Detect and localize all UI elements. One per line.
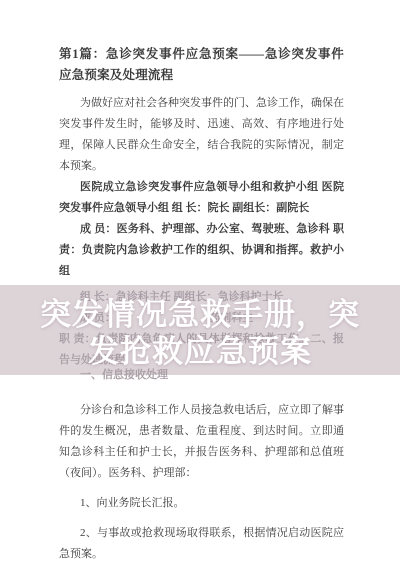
intro-paragraph: 为做好应对社会各种突发事件的门、急诊工作，确保在突发事件发生时，能够及时、迅速、… [59, 93, 344, 177]
watermark-title: 突发情况急救手册，突发抢救应急预案 [0, 296, 400, 370]
article-bottom-section: 一、信息接收处理 分诊台和急诊科工作人员接急救电话后，应立即了解事件的发生概况，… [0, 365, 400, 565]
lead-group-paragraph: 医院成立急诊突发事件应急领导小组和救护小组 医院突发事件应急领导小组 组 长：院… [59, 177, 344, 219]
members-paragraph: 成 员：医务科、护理部、办公室、驾驶班、急诊科 职责：负责院内急诊救护工作的组织… [59, 219, 344, 282]
list-item-1: 1、向业务院长汇报。 [59, 493, 344, 514]
article-top-section: 第1篇：急诊突发事件应急预案——急诊突发事件应急预案及处理流程 为做好应对社会各… [0, 0, 400, 282]
document-page: 第1篇：急诊突发事件应急预案——急诊突发事件应急预案及处理流程 为做好应对社会各… [0, 0, 400, 565]
dispatch-paragraph: 分诊台和急诊科工作人员接急救电话后，应立即了解事件的发生概况，患者数量、危重程度… [59, 400, 344, 484]
list-item-2: 2、与事故或抢救现场取得联系，根据情况启动医院应急预案。 [59, 523, 344, 565]
watermark-band: 组 长：急诊科主任 副组长：急诊科护士长 成 员： 药剂科主 职 责：负责院内急… [0, 285, 400, 375]
section-heading-info: 一、信息接收处理 [59, 365, 344, 386]
article-heading: 第1篇：急诊突发事件应急预案——急诊突发事件应急预案及处理流程 [59, 0, 344, 86]
